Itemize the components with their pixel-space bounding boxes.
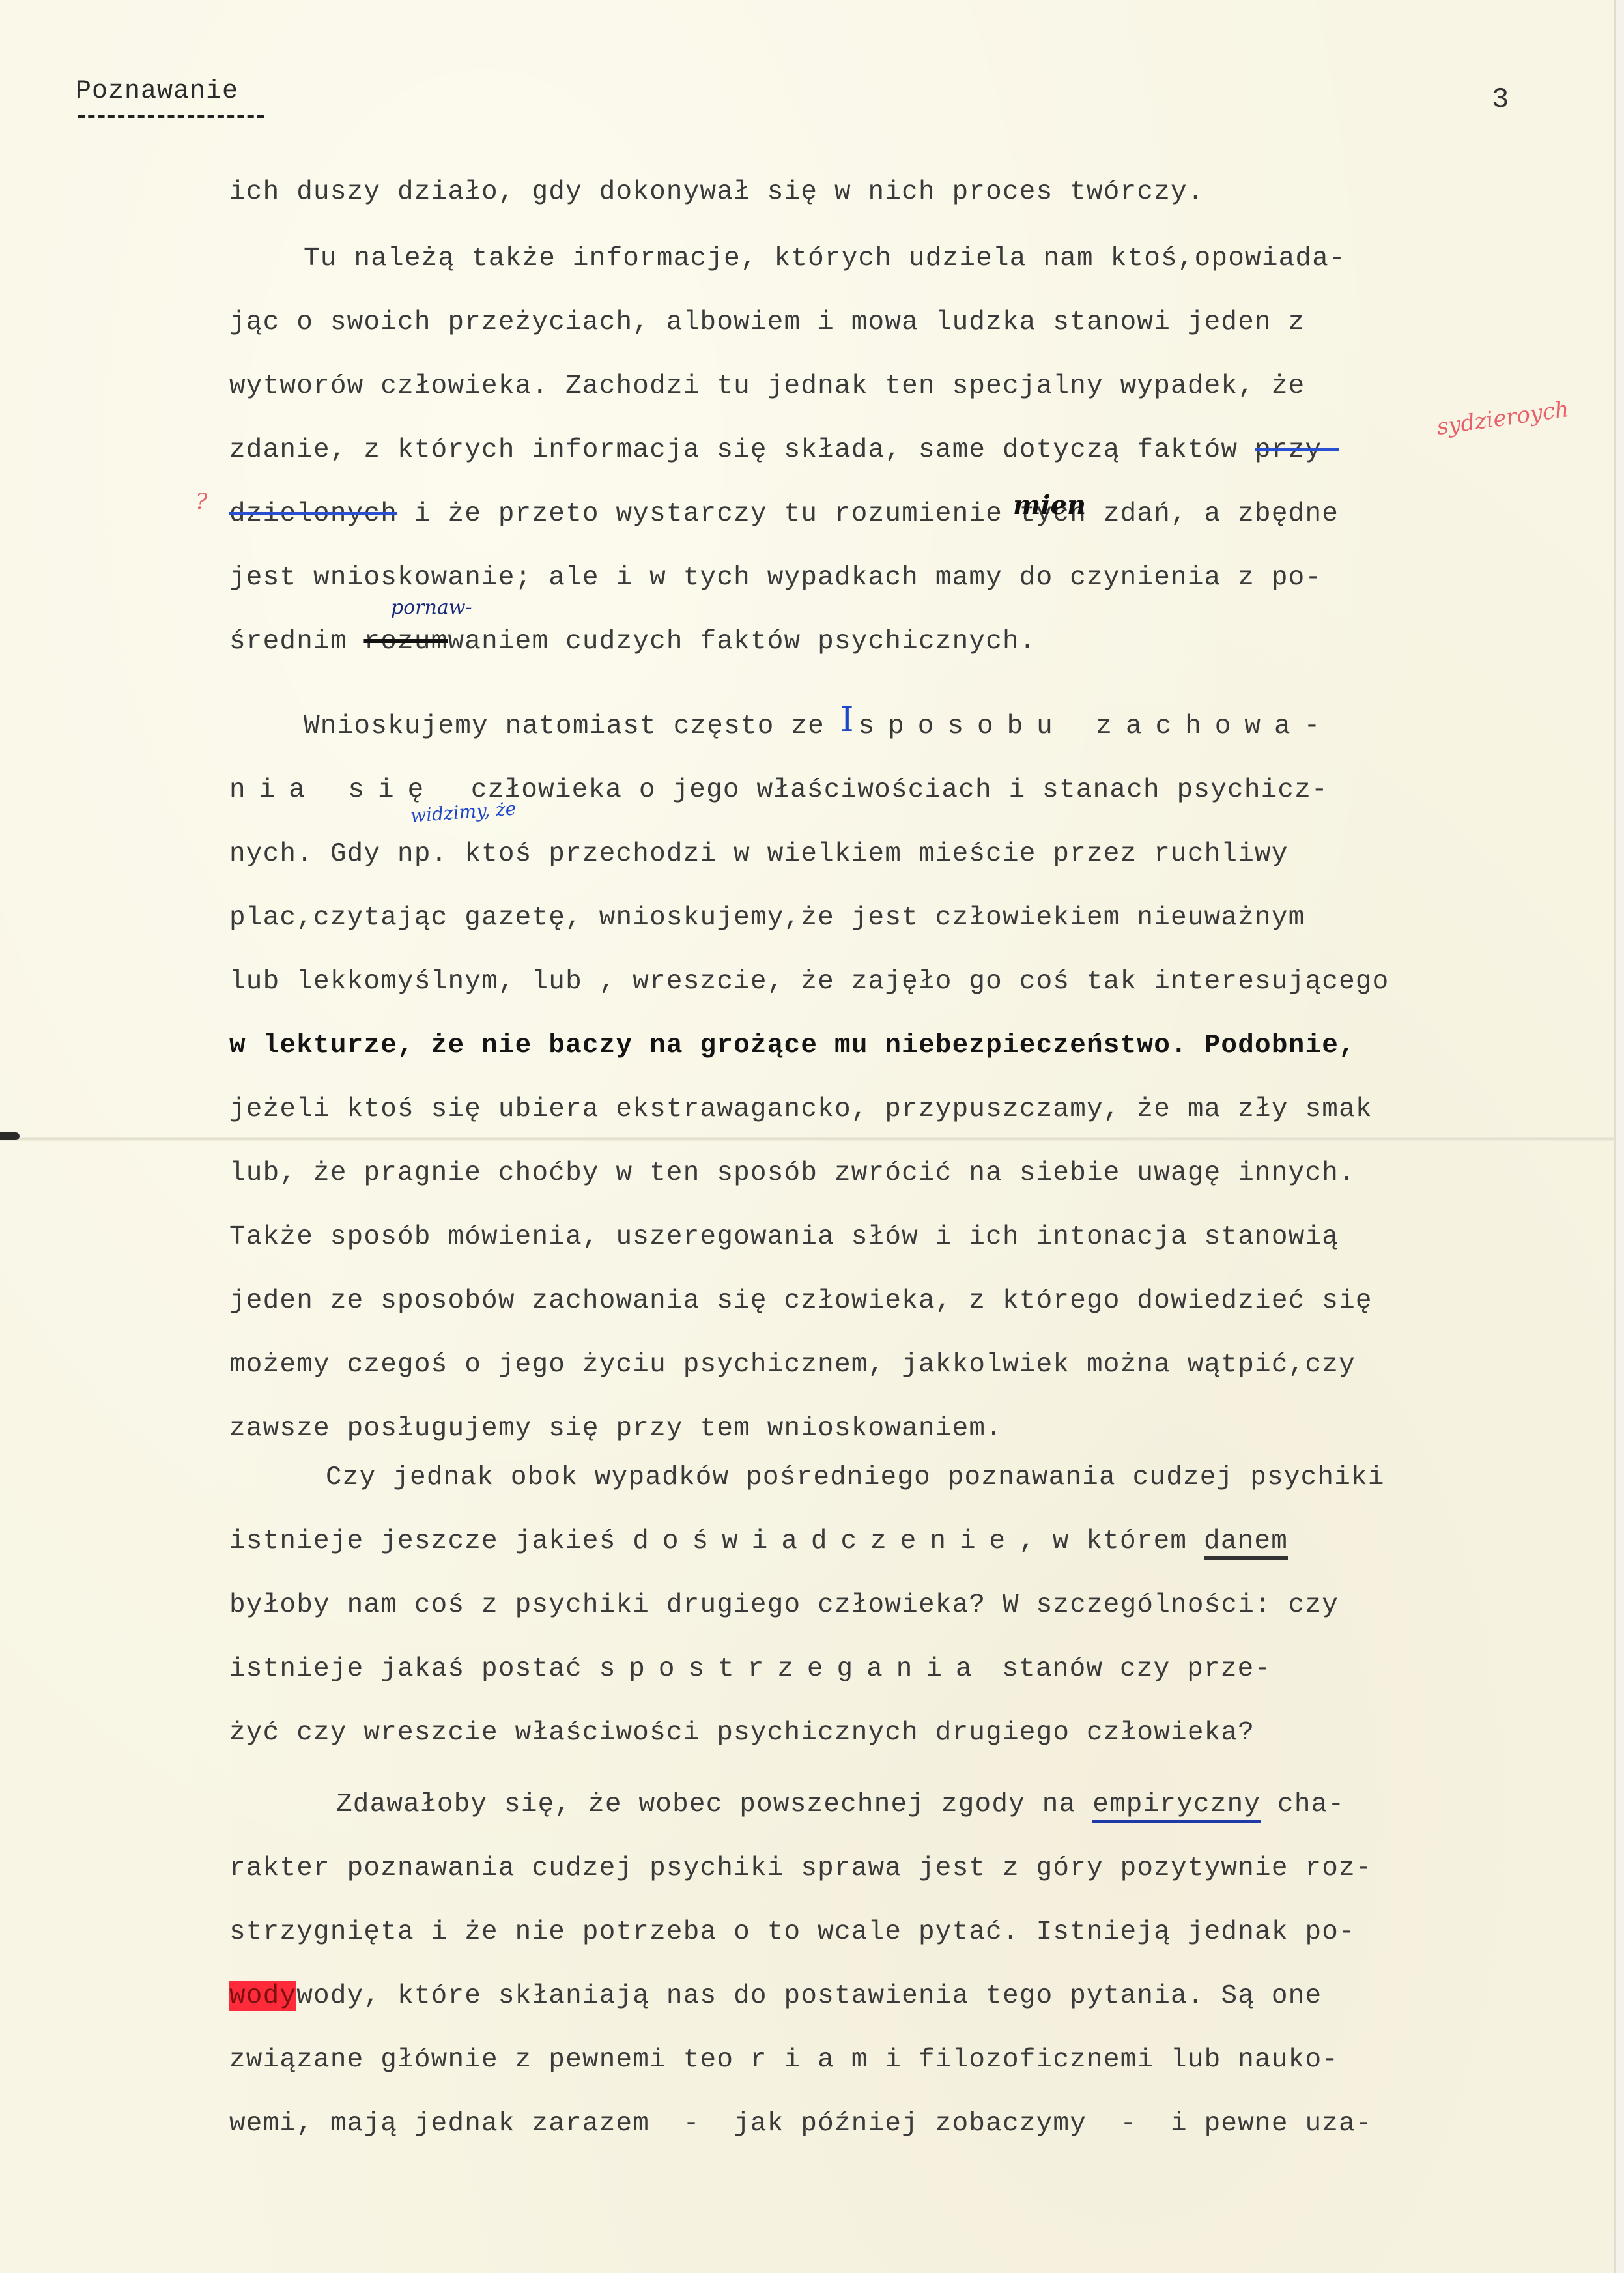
text-span: związane głównie z pewnemi te [229, 2045, 717, 2075]
margin-correction: sydzieroych [1435, 396, 1571, 440]
text-span: średnim [229, 627, 363, 657]
text-line: Zdawałoby się, że wobec powszechnej zgod… [336, 1788, 1345, 1821]
text-line: istnieje jakaś postać spostrzegania stan… [229, 1653, 1271, 1685]
text-line: Czy jednak obok wypadków pośredniego poz… [326, 1461, 1385, 1494]
text-line: nia się człowieka o jego właściwościach … [229, 774, 1328, 807]
text-line: jąc o swoich przeżyciach, albowiem i mow… [229, 306, 1305, 339]
text-line: żyć czy wreszcie właściwości psychicznyc… [229, 1717, 1255, 1749]
document-page: Poznawanie 3 ich duszy działo, gdy dokon… [0, 0, 1616, 2273]
text-line: wemi, mają jednak zarazem - jak później … [229, 2108, 1373, 2140]
text-span: istnieje jeszcze jakieś [229, 1526, 633, 1556]
struck-word: dzielonych [229, 499, 397, 529]
text-span: i że przeto wystarczy tu rozumienie tych… [414, 499, 1339, 529]
text-span: istnieje jakaś postać [229, 1654, 599, 1684]
underlined-word: empiryczny [1092, 1790, 1261, 1823]
paper-fold [0, 1137, 1614, 1141]
text-line: istnieje jeszcze jakieś doświadczenie, w… [229, 1525, 1288, 1558]
text-line: średnim rozumwaniem cudzych faktów psych… [229, 625, 1036, 658]
text-line: ich duszy działo, gdy dokonywał się w ni… [229, 176, 1204, 208]
header-underline [78, 115, 264, 118]
text-line: lub lekkomyślnym, lub , wreszcie, że zaj… [229, 965, 1389, 998]
text-span: waniem cudzych faktów psychicznych. [448, 627, 1036, 657]
paper-tear [0, 1132, 20, 1140]
spaced-emphasis: doświadczenie [633, 1526, 1019, 1556]
spaced-emphasis: nia się [229, 775, 437, 805]
text-line: jeden ze sposobów zachowania się człowie… [229, 1285, 1373, 1317]
margin-question-mark: ? [195, 489, 207, 515]
text-line: w lekturze, że nie baczy na grożące mu n… [229, 1029, 1356, 1062]
handwritten-insertion: pornaw- [391, 596, 472, 619]
text-line: zawsze posługujemy się przy tem wnioskow… [229, 1412, 1003, 1445]
text-line: jest wnioskowanie; ale i w tych wypadkac… [229, 562, 1322, 594]
text-span: człowieka o jego właściwościach i stanac… [471, 775, 1328, 805]
text-span: Zdawałoby się, że wobec powszechnej zgod… [336, 1790, 1092, 1820]
text-line: Wnioskujemy natomiast często ze sposobu … [304, 710, 1333, 743]
spaced-emphasis: spostrzegania [599, 1654, 986, 1684]
highlighted-word: wody [229, 1981, 296, 2011]
insertion-caret: I [840, 700, 854, 739]
text-line: zdanie, z których informacja się składa,… [229, 434, 1339, 466]
text-span: stanów czy prze- [986, 1654, 1272, 1684]
struck-word: rozum [363, 627, 448, 657]
text-span: wody, które skłaniają nas do postawienia… [296, 1981, 1322, 2011]
text-line: Także sposób mówienia, uszeregowania słó… [229, 1221, 1339, 1253]
text-span: Wnioskujemy natomiast często ze [304, 711, 825, 741]
running-header: Poznawanie [76, 77, 238, 106]
text-line: plac,czytając gazetę, wnioskujemy,że jes… [229, 902, 1305, 934]
text-span: zdanie, z których informacja się składa,… [229, 435, 1255, 465]
text-line: wytworów człowieka. Zachodzi tu jednak t… [229, 370, 1305, 403]
struck-word: przy- [1255, 435, 1339, 465]
text-span: , w którem [1019, 1526, 1204, 1556]
page-number: 3 [1492, 83, 1509, 116]
text-span: o r i a m i filozoficznemi lub nauko- [717, 2045, 1339, 2075]
text-line: nych. Gdy np. ktoś przechodzi w wielkiem… [229, 838, 1289, 870]
handwritten-insertion: mien [1013, 490, 1086, 521]
text-span: cha- [1261, 1790, 1345, 1820]
text-line: lub, że pragnie choćby w ten sposób zwró… [229, 1157, 1356, 1190]
text-line: strzygnięta i że nie potrzeba o to wcale… [229, 1916, 1356, 1949]
underlined-word: danem [1204, 1526, 1288, 1560]
text-line: dzielonych i że przeto wystarczy tu rozu… [229, 498, 1339, 530]
spaced-emphasis: sposobu zachowa- [859, 711, 1334, 741]
text-line: rakter poznawania cudzej psychiki sprawa… [229, 1852, 1373, 1885]
text-line: Tu należą także informacje, których udzi… [304, 242, 1346, 275]
text-line: wodywody, które skłaniają nas do postawi… [229, 1980, 1322, 2012]
text-line: związane głównie z pewnemi teo r i a m i… [229, 2044, 1339, 2076]
text-line: byłoby nam coś z psychiki drugiego człow… [229, 1589, 1339, 1622]
text-line: możemy czegoś o jego życiu psychicznem, … [229, 1349, 1356, 1381]
text-line: jeżeli ktoś się ubiera ekstrawagancko, p… [229, 1093, 1373, 1126]
